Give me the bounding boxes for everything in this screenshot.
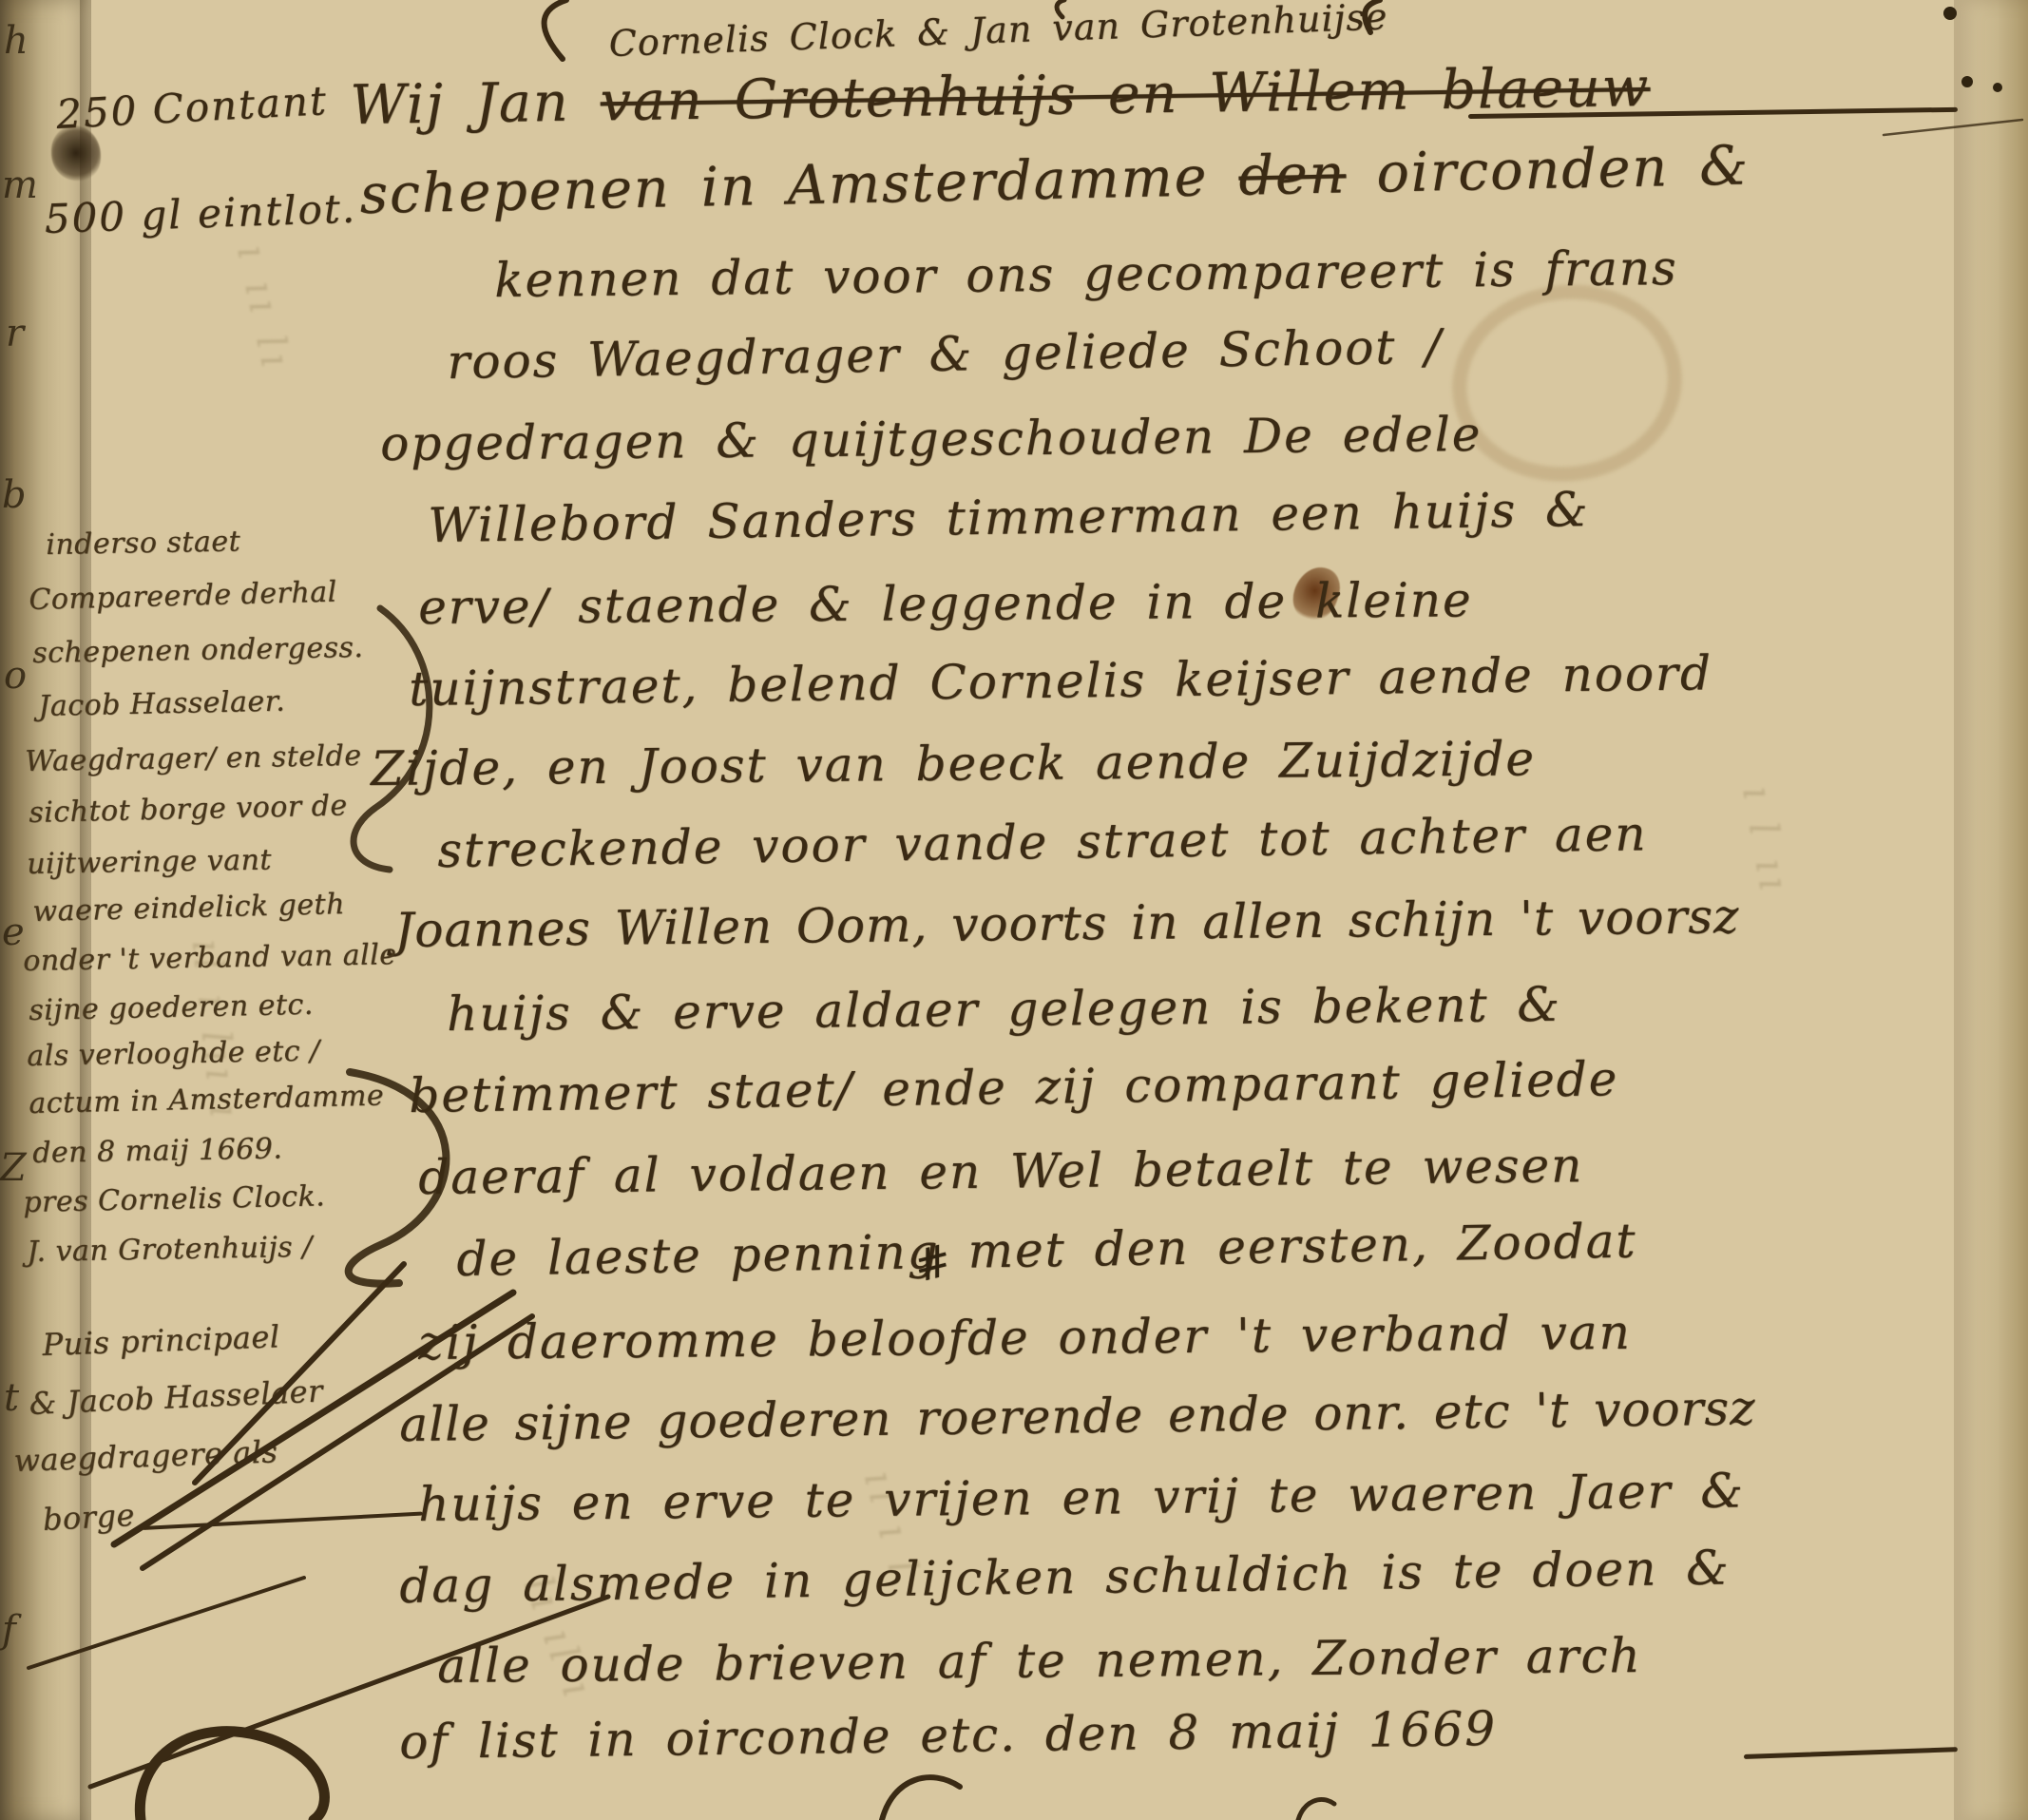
edge-ink-speck	[1993, 83, 2002, 92]
manuscript-page: h m r b o e Z t f ıl ı lıı ı ı ıı lı lı …	[0, 0, 2028, 1820]
edge-ink-speck	[1961, 76, 1973, 87]
cancellation-slash	[114, 1293, 513, 1544]
next-entry-initial	[140, 1732, 324, 1820]
cancellation-slash	[195, 1264, 404, 1483]
bottom-cut-stroke	[1298, 1799, 1334, 1820]
edge-hairline	[1884, 120, 2022, 135]
top-flourish	[1057, 0, 1064, 17]
top-flourish	[545, 0, 566, 59]
diagonal-stroke	[90, 1597, 608, 1787]
edge-ink-speck	[1943, 7, 1957, 20]
margin-bracket-swash	[349, 1072, 447, 1284]
pen-flourishes	[0, 0, 2028, 1820]
top-flourish	[1365, 0, 1380, 32]
diagonal-stroke	[29, 1578, 304, 1668]
cancellation-slash	[143, 1316, 532, 1568]
bottom-cut-stroke	[882, 1777, 960, 1820]
margin-swash	[354, 608, 430, 870]
